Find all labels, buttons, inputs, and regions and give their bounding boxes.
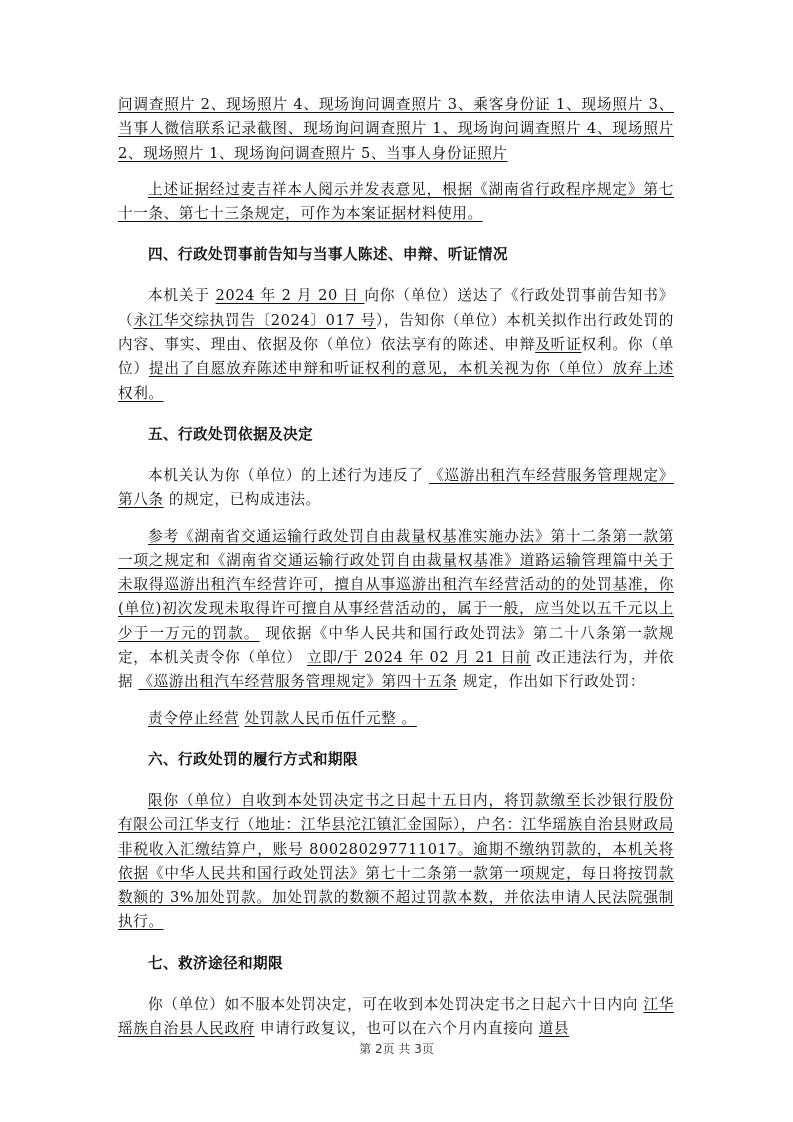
hearing-rights: 及听证	[535, 336, 581, 353]
penalty-line: 责令停止经营 处罚款人民币伍仟元整 。	[118, 707, 674, 731]
court-name: 道县	[539, 1020, 569, 1037]
page-number: 第 2页 共 3页	[0, 1040, 793, 1057]
section5-heading: 五、行政处罚依据及决定	[118, 423, 674, 447]
text-span: 的规定，已构成违法。	[164, 491, 321, 508]
payment-terms: 限你（单位）自收到本处罚决定书之日起十五日内，将罚款缴至长沙银行股份有限公司江华…	[118, 792, 674, 930]
text-span: 本机关认为你（单位）的上述行为违反了	[148, 467, 429, 484]
section7-paragraph: 你（单位）如不服本处罚决定，可在收到本处罚决定书之日起六十日内向 江华瑶族自治县…	[118, 993, 674, 1042]
notice-doc-number: 永江华交综执罚告〔2024〕017 号	[133, 312, 376, 329]
penalty-law: 《巡游出租汽车经营服务管理规定》第四十五条	[138, 673, 457, 690]
section4-paragraph: 本机关于 2024 年 2 月 20 日 向你（单位）送达了《行政处罚事前告知书…	[118, 284, 674, 405]
text-span: 规定，作出如下行政处罚：	[458, 673, 646, 690]
evidence-review-text: 上述证据经过麦吉祥本人阅示并发表意见，根据《湖南省行政程序规定》第七十一条、第七…	[118, 181, 674, 222]
evidence-list-text: 问调查照片 2、现场照片 4、现场询问调查照片 3、乘客身份证 1、现场照片 3…	[118, 96, 674, 162]
evidence-list: 问调查照片 2、现场照片 4、现场询问调查照片 3、乘客身份证 1、现场照片 3…	[118, 93, 674, 166]
section6-paragraph: 限你（单位）自收到本处罚决定书之日起十五日内，将罚款缴至长沙银行股份有限公司江华…	[118, 789, 674, 935]
section5-decision: 参考《湖南省交通运输行政处罚自由裁量权基准实施办法》第十二条第一款第一项之规定和…	[118, 525, 674, 695]
penalty-end: 。	[396, 710, 416, 727]
penalty-fine: 处罚款人民币伍仟元整	[244, 710, 396, 727]
text-span: 你（单位）如不服本处罚决定，可在收到本处罚决定书之日起六十日内向	[148, 996, 643, 1013]
penalty-stop-operation: 责令停止经营	[148, 710, 239, 727]
section5-violation: 本机关认为你（单位）的上述行为违反了 《巡游出租汽车经营服务管理规定》第八条 的…	[118, 464, 674, 513]
text-span: 本机关于	[148, 287, 216, 304]
section6-heading: 六、行政处罚的履行方式和期限	[118, 748, 674, 772]
document-page: 问调查照片 2、现场照片 4、现场询问调查照片 3、乘客身份证 1、现场照片 3…	[118, 93, 674, 1041]
section4-heading: 四、行政处罚事前告知与当事人陈述、申辩、听证情况	[118, 243, 674, 267]
notice-date: 2024 年 2 月 20 日	[216, 287, 365, 304]
correction-deadline: 立即/于 2024 年 02 月 21 日前	[307, 649, 531, 666]
party-response: 提出了自愿放弃陈述申辩和听证权利的意见，本机关视为你（单位）放弃上述权利。	[118, 360, 674, 401]
text-span: 申请行政复议，也可以在六个月内直接向	[255, 1020, 539, 1037]
section7-heading: 七、救济途径和期限	[118, 952, 674, 976]
evidence-review: 上述证据经过麦吉祥本人阅示并发表意见，根据《湖南省行政程序规定》第七十一条、第七…	[118, 178, 674, 227]
